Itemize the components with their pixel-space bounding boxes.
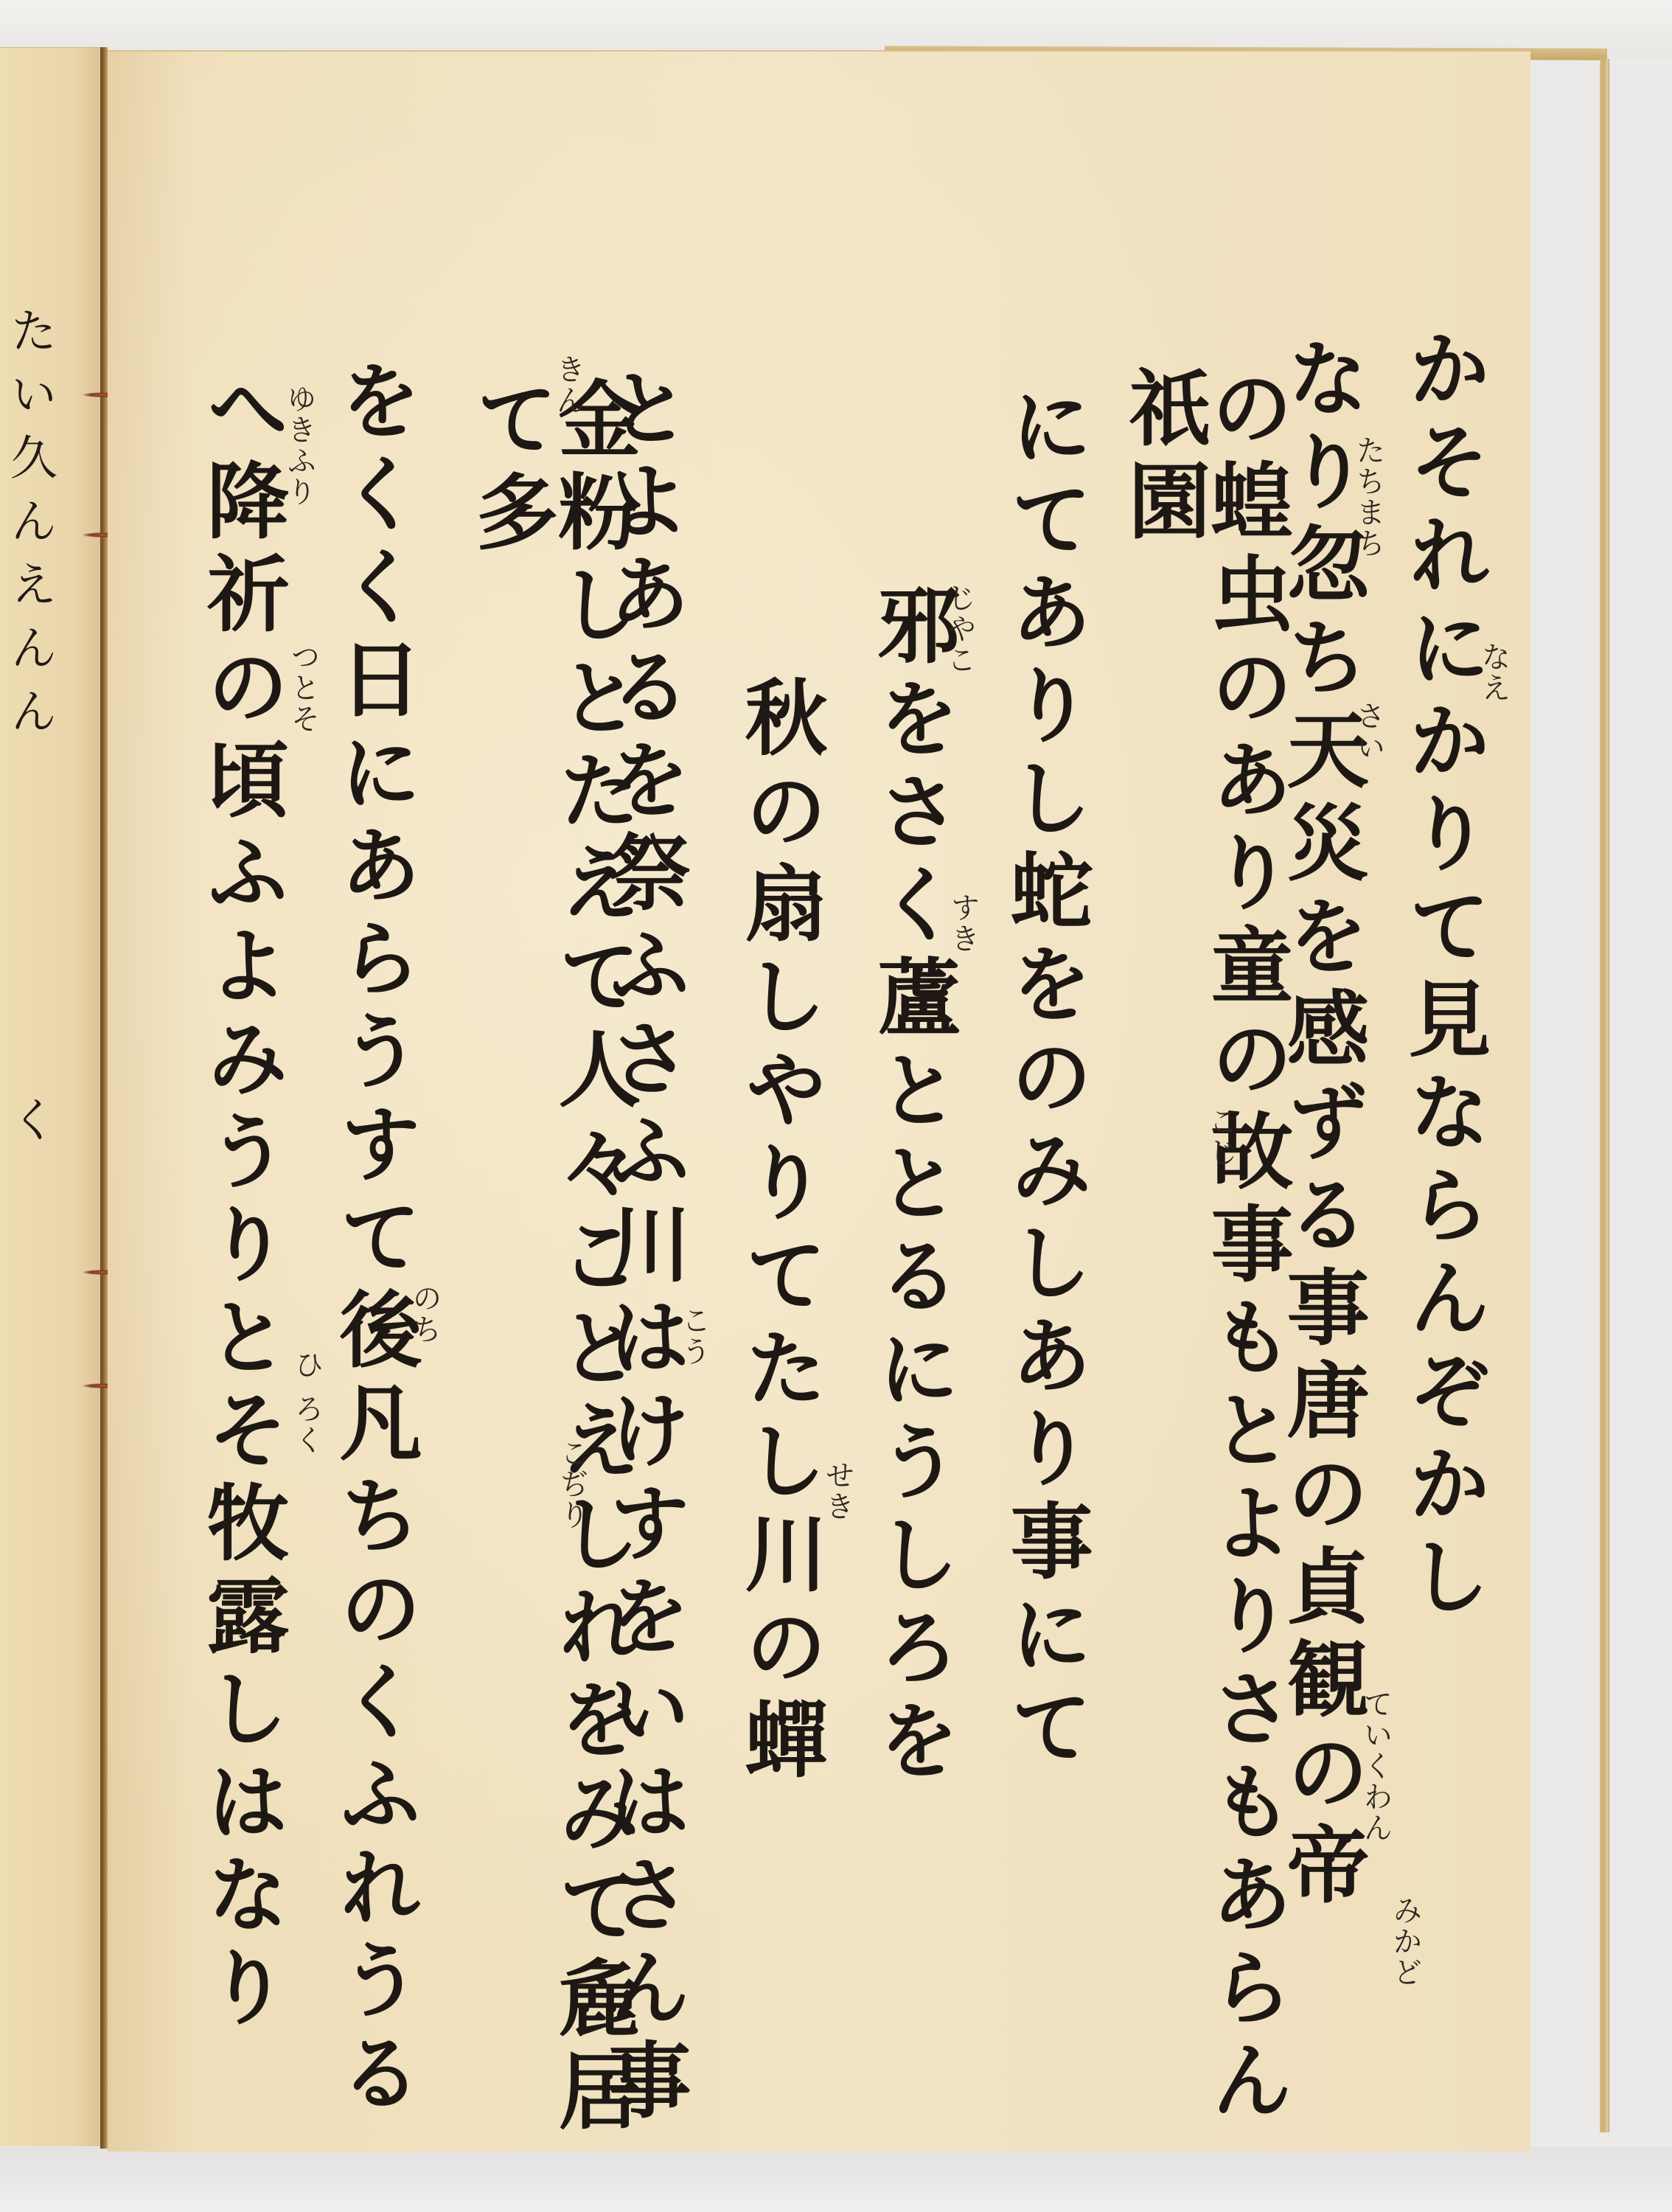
- page-stack-right-edge: [1600, 59, 1609, 2132]
- book-spine-gutter: [100, 47, 108, 2149]
- left-page: たい久んえんん く: [0, 47, 102, 2146]
- left-line: えん: [2, 560, 57, 686]
- ruby-annotation: こう: [679, 1305, 708, 1367]
- ruby-annotation: きん: [554, 354, 583, 416]
- text-column-10: へ降祈の頃ふよみうりとそ牧露しはなり: [200, 365, 282, 2037]
- text-column-8: 金粉しとたえて人々ことえしれをみて麁居て多: [469, 376, 634, 2152]
- ruby-annotation: のち: [410, 1283, 439, 1345]
- ruby-annotation: みかど: [1390, 1895, 1420, 1988]
- text-column-1: かそれにかりて見ならんぞかし: [1401, 326, 1484, 1627]
- left-line: ん: [2, 686, 57, 750]
- photo-background-bottom: [0, 2147, 1672, 2212]
- ruby-annotation: せき: [823, 1460, 852, 1522]
- ruby-annotation: さい: [1354, 700, 1383, 762]
- left-page-text-fragment: たい久んえんん: [6, 306, 53, 750]
- text-column-5: 邪をさく蘆ととるにうしろを: [871, 582, 953, 1790]
- ruby-annotation: なえ: [1479, 641, 1508, 703]
- ruby-annotation: すき: [948, 892, 978, 954]
- left-line: 久ん: [2, 433, 57, 560]
- ruby-annotation: こじ: [1206, 1106, 1236, 1168]
- left-line: たい: [2, 306, 57, 433]
- text-column-6: 秋の扇しやりてたし川の蟬: [738, 675, 821, 1790]
- ruby-annotation: たちまち: [1354, 435, 1383, 559]
- ruby-annotation: ひ: [292, 1349, 321, 1380]
- ruby-annotation: じやこ: [944, 582, 974, 675]
- text-column-4: にてありし蛇をのみしあり事にて: [1003, 383, 1086, 1777]
- ruby-annotation: ゆきふり: [285, 383, 314, 507]
- text-column-9: をくく日にあらうすて後凡ちのくふれうる: [332, 358, 415, 2123]
- left-page-text-fragment: く: [6, 1095, 53, 1158]
- ruby-annotation: こぢり: [557, 1438, 587, 1531]
- text-column-3: の蝗虫のあり童の故事もとよりさもあらん祇園: [1121, 365, 1286, 2152]
- ruby-annotation: ろく: [292, 1394, 321, 1455]
- ruby-annotation: ていくわん: [1361, 1688, 1390, 1843]
- ruby-annotation: つとそ: [288, 641, 318, 734]
- right-page: かそれにかりて見ならんぞかし なえ なり忽ち天災を感ずる事唐の貞観の帝 たちまち…: [108, 50, 1530, 2152]
